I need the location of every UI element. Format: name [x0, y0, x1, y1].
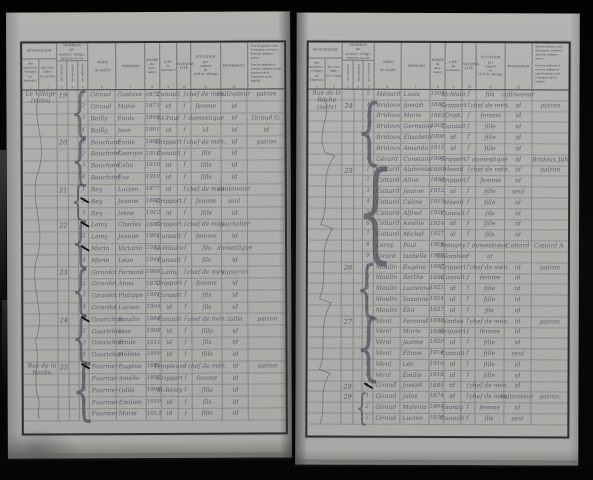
handwritten-entry: fille	[200, 210, 211, 216]
cell-nat: f	[462, 90, 476, 100]
cell-pro: id	[221, 149, 248, 160]
cell-pre: Michel	[401, 230, 430, 240]
handwritten-entry: id	[450, 221, 456, 227]
handwritten-entry: fille	[485, 146, 496, 152]
cell-des	[23, 220, 58, 231]
cell-sit: fille	[476, 144, 505, 154]
household-number: 25	[58, 364, 70, 371]
cell-sit: fille	[193, 350, 222, 361]
cell-ann: 1924	[430, 295, 445, 305]
handwritten-entry: Girardot	[92, 305, 118, 311]
handwritten-entry: Lamy	[161, 269, 178, 275]
cell-des	[23, 161, 58, 172]
cell-des	[23, 279, 58, 290]
handwritten-entry: f	[184, 388, 186, 394]
cell-pro: id	[505, 220, 532, 230]
handwritten-entry: f	[468, 92, 470, 98]
cell-nat: f	[178, 196, 192, 207]
handwritten-entry: id	[515, 222, 521, 228]
cell-obs	[532, 252, 568, 262]
cell-nat: f	[178, 125, 192, 136]
handwritten-entry: f	[467, 200, 469, 206]
cell-obs	[248, 208, 284, 219]
handwritten-entry: id	[515, 233, 521, 239]
handwritten-entry: id	[232, 281, 238, 287]
cell-lie: id	[445, 360, 462, 370]
household-number: 26	[342, 265, 354, 272]
handwritten-entry: 1873	[145, 104, 159, 110]
handwritten-entry: Marie	[402, 329, 420, 335]
handwritten-entry: 1908	[146, 329, 160, 335]
handwritten-entry: id	[232, 375, 238, 381]
cell-obs	[249, 326, 285, 337]
header-noms: NOMS de famille 6	[374, 43, 401, 89]
cell-lie: Nantes	[445, 317, 462, 327]
cell-obs: patron	[532, 166, 568, 176]
cell-pro: id	[505, 317, 532, 327]
handwritten-entry: 1916	[146, 352, 160, 358]
cell-pro: id	[505, 339, 532, 349]
handwritten-entry: fils	[485, 416, 494, 422]
header-noms: NOMS de famille 6	[88, 43, 115, 89]
handwritten-entry: fils	[485, 232, 494, 238]
cell-nat: f	[462, 252, 476, 262]
cell-nom: Lamy	[89, 220, 116, 231]
cell-obs	[532, 144, 568, 154]
cell-lie: id	[162, 397, 179, 408]
handwritten-entry: fils	[486, 92, 495, 98]
cell-sit: femme	[476, 112, 505, 122]
handwritten-entry: Fournier	[92, 376, 118, 382]
handwritten-entry: f	[183, 140, 185, 146]
cell-pre: Victorin	[117, 244, 147, 255]
header-numeros: NUMÉROS par quartier, village, hameau ou…	[343, 43, 375, 89]
handwritten-entry: 1918	[429, 373, 443, 379]
cell-obs: patron	[248, 89, 284, 100]
cell-mai	[58, 350, 70, 361]
cell-sit: fils	[475, 414, 504, 424]
handwritten-entry: chef de mén.	[470, 265, 509, 271]
handwritten-entry: fils	[202, 257, 211, 263]
handwritten-entry: Alphonse	[403, 167, 431, 173]
handwritten-entry: patron	[256, 139, 276, 145]
handwritten-entry: 1913	[147, 411, 161, 417]
cell-obs	[249, 373, 285, 384]
handwritten-entry: id	[515, 157, 521, 163]
cell-nom: Rey	[89, 196, 116, 207]
header-numeros-title: NUMÉROS par quartier, village, hameau ou…	[343, 43, 374, 61]
cell-obs: patron	[531, 393, 567, 403]
cell-nat: f	[178, 172, 192, 183]
cell-nom: Gourichon	[90, 326, 117, 337]
handwritten-entry: f	[467, 330, 469, 336]
cell-mai	[342, 208, 354, 218]
cell-nat: f	[179, 385, 193, 396]
cell-pre: Joseph	[400, 381, 429, 391]
cell-mai	[342, 403, 354, 413]
handwritten-entry: f	[467, 373, 469, 379]
cell-ann: 1916	[430, 360, 445, 370]
cell-ann: 1924	[430, 220, 445, 230]
cell-nom: Giraud	[373, 392, 400, 402]
handwritten-entry: f	[183, 222, 185, 228]
handwritten-entry: fils	[485, 308, 494, 314]
header-annee: ANNÉE de nais- sance 8	[145, 43, 160, 89]
cell-pro: id	[221, 231, 248, 242]
handwritten-entry: id	[515, 373, 521, 379]
cell-mai	[57, 102, 69, 113]
cell-pre: Éloi	[401, 306, 430, 316]
handwritten-entry: id	[232, 293, 238, 299]
cell-sit: chef de mén.	[476, 166, 505, 176]
cell-lie: id	[445, 220, 462, 230]
cell-des	[23, 327, 58, 338]
cell-obs	[531, 349, 567, 359]
handwritten-entry: fils	[202, 305, 211, 311]
header-prenoms: PRÉNOMS 7	[116, 43, 146, 89]
handwritten-entry: 1924	[430, 297, 444, 303]
cell-des	[24, 409, 59, 420]
cell-nat: f	[179, 397, 193, 408]
cell-pro: id	[505, 166, 532, 176]
handwritten-entry: id	[515, 340, 521, 346]
handwritten-entry: 1921	[430, 286, 444, 292]
cell-nat: f	[177, 102, 191, 113]
cell-nom: Bouchard	[89, 173, 116, 184]
cell-obs	[248, 184, 284, 195]
handwritten-entry: id	[515, 319, 521, 325]
cell-nom: Bouchard	[89, 161, 116, 172]
cell-obs: patron	[249, 314, 285, 325]
cell-obs	[532, 285, 568, 295]
cell-pro: vigneron	[222, 267, 249, 278]
cell-lie: Jaunay	[444, 403, 461, 413]
cell-des	[23, 338, 58, 349]
cell-obs	[532, 295, 568, 305]
header-lieu: LIEU de naissance 9	[160, 43, 177, 89]
cell-obs	[248, 196, 284, 207]
handwritten-entry: id	[449, 394, 455, 400]
handwritten-entry: Jaunay	[442, 405, 463, 411]
handwritten-entry: Fernand	[402, 318, 427, 324]
table-row: 3GiraudLucien1930Cunaultffilsseul	[307, 413, 567, 425]
street-label: Rue de la Roche (suite)	[311, 91, 342, 112]
household-number: 24	[58, 317, 70, 324]
cell-lie: id	[160, 102, 177, 113]
cell-sit: femme	[475, 403, 504, 413]
cell-lie: St-Malo	[445, 90, 462, 100]
cell-nom: Giraud	[89, 90, 116, 101]
handwritten-entry: f	[467, 308, 469, 314]
handwritten-entry: fils	[202, 340, 211, 346]
cell-nom: Girardot	[89, 267, 116, 278]
handwritten-entry: Rey	[91, 187, 103, 193]
cell-nom: Moulin	[374, 284, 401, 294]
cell-des	[308, 122, 342, 132]
cell-des	[307, 392, 341, 402]
header-profession: PROFESSION 12	[506, 43, 533, 89]
handwritten-entry: id	[515, 125, 521, 131]
handwritten-entry: f	[468, 146, 470, 152]
handwritten-entry: f	[468, 157, 470, 163]
handwritten-entry: femme	[196, 281, 217, 287]
scanned-page-right: DÉSIGNATION des quartiers, villages ou h…	[295, 13, 580, 466]
cell-sit: femme	[476, 274, 505, 284]
cell-mai	[342, 370, 354, 380]
handwritten-entry: id	[515, 265, 521, 271]
header-designation: DÉSIGNATION des quartiers, villages ou h…	[309, 43, 343, 89]
handwritten-entry: id	[515, 135, 521, 141]
cell-pro: id	[221, 101, 248, 112]
cell-mai	[342, 338, 354, 348]
cell-pro: id	[222, 409, 249, 420]
handwritten-entry: Émile	[118, 140, 136, 146]
handwritten-entry: id	[166, 163, 172, 169]
cell-pro	[505, 252, 532, 262]
cell-lie: Cunault	[445, 274, 462, 284]
handwritten-entry: fille	[200, 163, 211, 169]
cell-nat: f	[461, 403, 475, 413]
cell-obs	[249, 337, 285, 348]
handwritten-entry: Alfred	[403, 211, 422, 217]
cell-pre: Constant	[401, 155, 430, 165]
cell-ann: 1885	[430, 381, 445, 391]
handwritten-entry: id	[231, 139, 237, 145]
handwritten-entry: chef de mén.	[187, 364, 226, 371]
cell-des	[308, 359, 342, 369]
cell-mai	[343, 144, 355, 154]
cell-des	[308, 111, 342, 121]
handwritten-entry: id	[232, 257, 238, 263]
handwritten-entry: Fournier	[92, 388, 118, 394]
handwritten-entry: id	[231, 151, 237, 157]
handwritten-entry: id	[232, 328, 238, 334]
cell-mai	[57, 126, 69, 137]
cell-nat: f	[462, 144, 476, 154]
handwritten-entry: femme	[197, 376, 218, 382]
cell-nat: f	[178, 161, 192, 172]
handwritten-entry: Marie	[403, 113, 421, 119]
cell-pro: cultivateur	[221, 90, 248, 101]
cell-sit: chef de mén.	[476, 101, 505, 111]
handwritten-entry: f	[468, 135, 470, 141]
handwritten-entry: id	[515, 362, 521, 368]
cell-des	[23, 209, 58, 220]
handwritten-entry: id	[515, 276, 521, 282]
cell-obs	[249, 397, 285, 408]
handwritten-entry: domestique	[217, 245, 252, 252]
cell-obs	[532, 177, 568, 187]
handwritten-entry: f	[183, 104, 185, 110]
cell-pre: Jeanne	[400, 338, 429, 348]
cell-sit: fille	[476, 338, 505, 348]
household-number: 28	[342, 383, 354, 390]
cell-obs	[532, 220, 568, 230]
handwritten-entry: id	[514, 384, 520, 390]
cell-pre: Émilie	[400, 371, 429, 381]
household-number: 21	[57, 187, 69, 194]
cell-sit: chef de mén.	[193, 361, 222, 372]
cell-pre: Anna	[117, 279, 147, 290]
cell-lie: id	[161, 125, 178, 136]
cell-obs	[249, 278, 285, 289]
handwritten-entry: 1927	[430, 232, 444, 238]
cell-nat: f	[178, 302, 192, 313]
handwritten-entry: Émile	[119, 340, 137, 346]
cell-nom: Girardot	[89, 279, 116, 290]
handwritten-entry: 1920	[430, 340, 444, 346]
cell-obs: Cottard A.	[532, 241, 568, 251]
cell-ann: 1908	[430, 133, 445, 143]
cell-ann: 1874	[430, 392, 445, 402]
cell-pre: Lise	[117, 326, 147, 337]
handwritten-entry: fille	[484, 340, 495, 346]
cell-pre: Isabelle	[401, 252, 430, 262]
cell-ann: 1868	[146, 267, 161, 278]
cell-obs	[531, 306, 567, 316]
cell-sit: fils	[476, 209, 505, 219]
header-nationalite: NATIONA- LITÉ 10	[462, 43, 476, 89]
handwritten-entry: f	[183, 211, 185, 217]
cell-lie: Gripport	[445, 155, 462, 165]
handwritten-entry: Moulin	[376, 286, 397, 292]
handwritten-entry: seul	[511, 351, 523, 357]
cell-sit: chef de mén.	[192, 267, 221, 278]
handwritten-entry: 1927	[430, 308, 444, 314]
handwritten-entry: f	[183, 175, 185, 181]
household-number: 20	[57, 140, 69, 147]
cell-ann: 1873	[145, 102, 160, 113]
cell-pro: id	[505, 133, 532, 143]
handwritten-entry: f	[184, 270, 186, 276]
handwritten-entry: Baudin	[119, 317, 141, 323]
handwritten-entry: Charles	[118, 222, 142, 228]
cell-nat: f	[178, 232, 192, 243]
cell-nom: Marin	[89, 256, 116, 267]
cell-obs: patron	[249, 361, 285, 372]
handwritten-entry: Émile	[118, 116, 136, 122]
cell-obs	[249, 267, 285, 278]
cell-obs	[532, 123, 568, 133]
handwritten-entry: id	[203, 128, 209, 134]
cell-pro: id	[505, 295, 532, 305]
cell-des	[307, 403, 341, 413]
cell-lie: St-Paul	[160, 113, 177, 124]
handwritten-entry: Hélène	[119, 352, 141, 358]
cell-lie: id	[161, 184, 178, 195]
cell-pro: id	[505, 328, 532, 338]
cell-nat: f	[179, 373, 193, 384]
cell-sit: fils	[193, 397, 222, 408]
handwritten-entry: Lucienne	[403, 286, 431, 292]
cell-ann: 1915	[430, 144, 445, 154]
handwritten-entry: id	[232, 352, 238, 358]
handwritten-entry: fils	[486, 211, 495, 217]
handwritten-entry: Fournier	[92, 400, 118, 406]
handwritten-entry: Giraud	[375, 394, 396, 400]
cell-sit: fille	[193, 326, 222, 337]
cell-pre: Émile	[117, 338, 147, 349]
handwritten-entry: f	[183, 116, 185, 122]
cell-mai	[58, 386, 70, 397]
cell-mai	[58, 409, 70, 420]
cell-obs	[531, 328, 567, 338]
handwritten-entry: Rey	[91, 199, 103, 205]
cell-lie: id	[444, 392, 461, 402]
handwritten-entry: fille	[484, 297, 495, 303]
cell-nat: f	[462, 133, 476, 143]
cell-pre: Marie	[116, 102, 146, 113]
cell-pre: Germaine	[401, 122, 430, 132]
cell-sit: fille	[192, 161, 221, 172]
cell-nat: f	[462, 220, 476, 230]
cell-ann: 1912	[430, 187, 445, 197]
cell-pre: Céline	[401, 198, 430, 208]
cell-mai	[342, 295, 354, 305]
cell-lie: Cunault	[160, 90, 177, 101]
cell-pre: Émile	[116, 137, 146, 148]
cell-sit: domestique	[476, 155, 505, 165]
handwritten-entry: Giraud	[375, 416, 396, 422]
cell-pre: Jean	[116, 125, 146, 136]
cell-obs: patron	[532, 263, 568, 273]
handwritten-entry: id	[167, 411, 173, 417]
handwritten-entry: id	[166, 210, 172, 216]
cell-pre: Charles	[116, 220, 146, 231]
handwritten-entry: Cottard A.	[534, 243, 566, 249]
cell-nat: f	[178, 208, 192, 219]
cell-lie: Cunault	[445, 122, 462, 132]
cell-sit: fils	[192, 149, 221, 160]
handwritten-entry: id	[167, 340, 173, 346]
cell-mai	[58, 303, 70, 314]
handwritten-entry: femme	[196, 234, 217, 240]
cell-pre: Berthe	[401, 273, 430, 283]
handwritten-entry: id	[515, 286, 521, 292]
margin-smudge	[2, 300, 7, 390]
handwritten-entry: Eugène	[119, 364, 142, 370]
cell-mai	[58, 327, 70, 338]
handwritten-entry: cultivateur	[502, 92, 535, 98]
cell-ann: 1912	[146, 208, 161, 219]
handwritten-entry: Léa	[402, 362, 413, 368]
handwritten-entry: Léon	[119, 258, 134, 264]
handwritten-entry: Moulin	[376, 297, 397, 303]
handwritten-entry: Joseph	[402, 383, 422, 389]
cell-pro: id	[221, 113, 248, 124]
cell-mai	[342, 241, 354, 251]
handwritten-entry: Moulin	[376, 275, 397, 281]
cell-des	[23, 291, 58, 302]
cell-pre: Eugène	[117, 362, 147, 373]
cell-pro: id	[504, 403, 531, 413]
cell-sit: id	[192, 125, 221, 136]
cell-ann: 1910	[147, 397, 162, 408]
table-header: DÉSIGNATION des quartiers, villages ou h…	[309, 43, 569, 91]
cell-sit: fils	[192, 290, 221, 301]
header-annee: ANNÉE de nais- sance 8	[431, 43, 446, 89]
handwritten-entry: id	[450, 135, 456, 141]
cell-nom: Rey	[89, 185, 116, 196]
handwritten-entry: id	[515, 297, 521, 303]
header-designation-title: DÉSIGNATION	[309, 43, 342, 59]
handwritten-entry: id	[515, 330, 521, 336]
handwritten-entry: f	[467, 405, 469, 411]
header-designation-sub2: des rues (dans les villes) 2	[40, 59, 56, 89]
cell-des	[308, 133, 342, 143]
cell-pro: id	[221, 125, 248, 136]
cell-pre: Baudin	[117, 314, 147, 325]
